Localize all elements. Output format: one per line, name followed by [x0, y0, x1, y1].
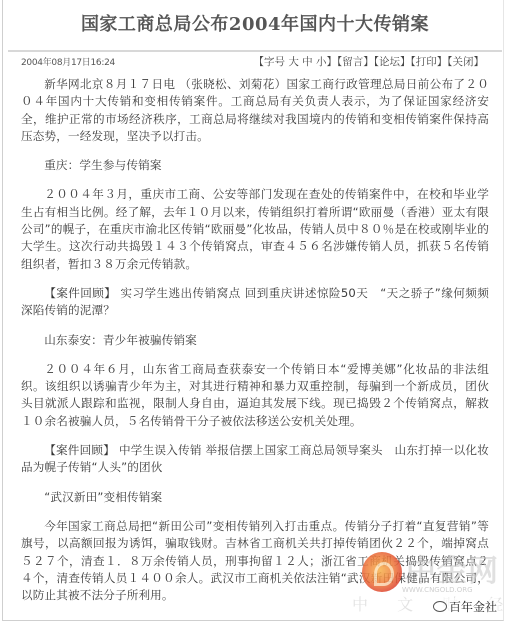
font-size-small-link[interactable]: 小】	[316, 56, 337, 68]
case-review-chongqing: 【案件回顾】 实习学生逃出传销窝点 回到重庆讲述惊险50天 “天之骄子”缘何频频…	[21, 285, 489, 320]
paragraph-chongqing: ２００４年３月，重庆市工商、公安等部门发现在查处的传销案件中，在校和毕业学生占有…	[21, 186, 489, 272]
font-size-large-link[interactable]: 大	[288, 56, 299, 68]
case-heading-shandong: 山东泰安：青少年被骗传销案	[21, 332, 489, 349]
article-meta-row: 2004年08月17日16:24 【字号 大 中 小】【留言】【论坛】【打印】【…	[0, 54, 510, 70]
title-divider	[8, 50, 502, 52]
comment-link[interactable]: 【留言】	[337, 56, 374, 68]
paragraph-wuhan: 今年国家工商总局把“新田公司”变相传销列入打击重点。传销分子打着“直复营销”等旗…	[21, 518, 489, 604]
forum-link[interactable]: 【论坛】	[374, 56, 411, 68]
article-body: 新华网北京８月１７日电 （张晓松、刘菊花）国家工商行政管理总局日前公布了２００４…	[21, 76, 489, 616]
article-title: 国家工商总局公布2004年国内十大传销案	[0, 10, 510, 36]
case-heading-wuhan: “武汉新田”变相传销案	[21, 489, 489, 506]
case-review-label: 【案件回顾】	[44, 286, 116, 300]
publish-datetime: 2004年08月17日16:24	[21, 55, 115, 68]
case-review-shandong: 【案件回顾】 中学生误入传销 举报信摆上国家工商总局领导案头 山东打掉一以化妆品…	[21, 442, 489, 477]
article-toolbar: 【字号 大 中 小】【留言】【论坛】【打印】【关闭】	[253, 54, 484, 69]
case-heading-chongqing: 重庆：学生参与传销案	[21, 157, 489, 174]
font-size-medium-link[interactable]: 中	[302, 56, 313, 68]
paragraph-intro: 新华网北京８月１７日电 （张晓松、刘菊花）国家工商行政管理总局日前公布了２００４…	[21, 76, 489, 145]
paragraph-shandong: ２００４年６月，山东省工商局查获泰安一个传销日本“爱博美娜”化妆品的非法组织。该…	[21, 361, 489, 430]
case-review-label: 【案件回顾】	[44, 443, 115, 457]
print-link[interactable]: 【打印】	[411, 56, 448, 68]
close-link[interactable]: 【关闭】	[447, 56, 484, 68]
font-size-label: 【字号	[253, 56, 285, 68]
